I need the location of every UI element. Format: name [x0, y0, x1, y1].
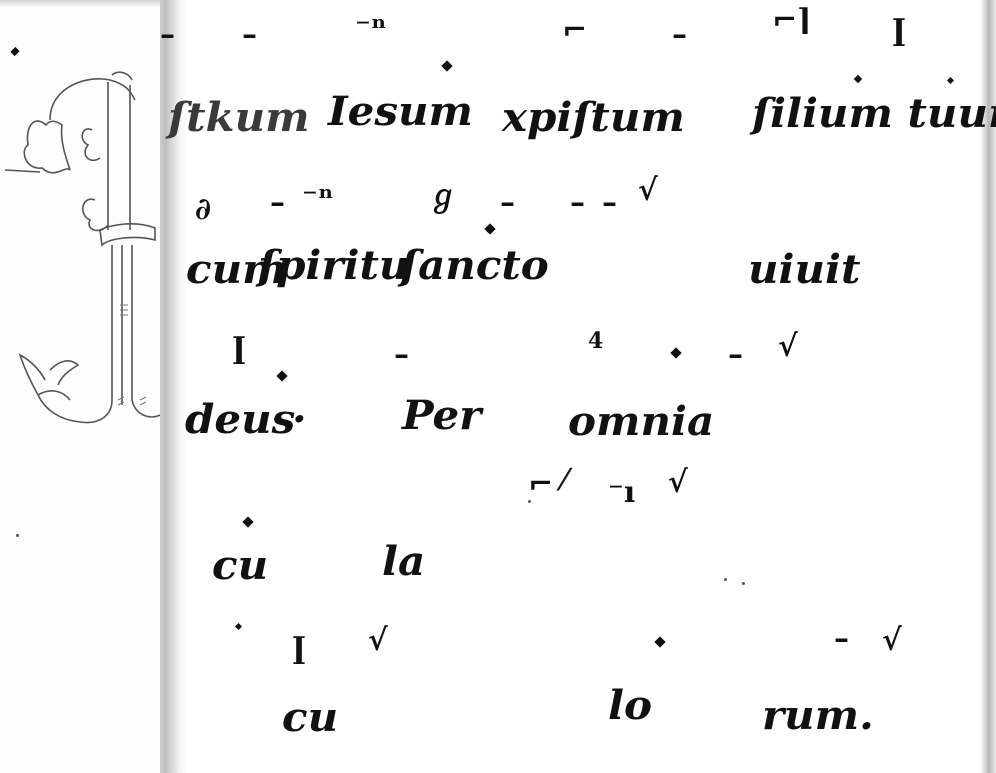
punctum — [242, 516, 253, 527]
neume: ⁻ı — [608, 478, 635, 508]
punctum — [654, 636, 665, 647]
neume: ⁄ — [562, 466, 567, 496]
manuscript-page: – – ⁻ⁿ ⌐ – ⌐⌉ ꟾ ſtkum Iesum xpiſtum ſili… — [0, 0, 996, 773]
neume: √ — [638, 176, 658, 206]
neume: – — [834, 624, 849, 654]
neume: – — [160, 20, 175, 50]
neume: ∂ — [195, 195, 211, 225]
neume: – — [242, 20, 257, 50]
text-word: Per — [402, 394, 481, 438]
neume: ⁻ⁿ — [302, 184, 333, 214]
margin-speck — [16, 534, 19, 537]
text-word: cu — [212, 544, 268, 588]
neume: ⌐⌉ — [772, 6, 811, 36]
neume: √ — [882, 626, 902, 656]
text-word: xpiſtum — [502, 96, 685, 140]
neume: 4 — [588, 326, 603, 356]
neume: – — [602, 188, 617, 218]
neume: √ — [778, 332, 798, 362]
text-word: cu — [282, 696, 338, 740]
neume: – — [394, 340, 409, 370]
decorated-initial-icon — [0, 70, 180, 440]
neume: ꟾ — [292, 640, 306, 670]
punctum — [235, 623, 242, 630]
text-word: uiuit — [748, 248, 860, 292]
text-word: deus — [185, 398, 295, 442]
neume: – — [570, 188, 585, 218]
text-word: omnia — [568, 400, 714, 444]
neume: √ — [368, 626, 388, 656]
punctum — [854, 75, 862, 83]
top-shadow — [0, 0, 170, 8]
neume: √ — [668, 468, 688, 498]
speck — [724, 578, 727, 581]
neume: – — [672, 20, 687, 50]
punctum — [441, 60, 452, 71]
punctum — [947, 77, 954, 84]
text-word: Iesum — [328, 90, 473, 134]
neume: – — [270, 188, 285, 218]
text-word: ſpiritu — [258, 244, 409, 288]
neume: ꟾ — [232, 340, 246, 370]
neume: ꟾ — [892, 22, 906, 52]
text-word: · — [292, 398, 307, 442]
speck — [528, 500, 531, 503]
neume: ℊ — [428, 182, 458, 212]
text-word: rum. — [762, 694, 874, 738]
neume: – — [500, 188, 515, 218]
speck — [742, 582, 745, 585]
neume: – — [728, 340, 743, 370]
text-word: ſtkum — [168, 96, 310, 140]
punctum — [670, 347, 681, 358]
text-word: la — [382, 540, 425, 584]
text-word: lo — [608, 684, 652, 728]
text-word: ſancto — [400, 244, 549, 288]
punctum — [484, 223, 495, 234]
text-word: ſilium tuum. — [752, 92, 996, 136]
neume: ⁻ⁿ — [355, 14, 386, 44]
neume: ⌐ — [562, 16, 587, 46]
punctum — [276, 370, 287, 381]
neume: ⌐ — [528, 470, 553, 500]
